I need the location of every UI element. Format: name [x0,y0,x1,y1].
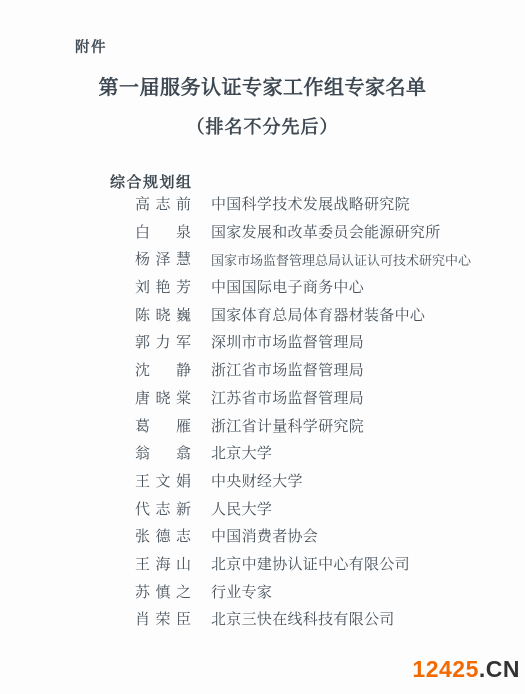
expert-affiliation: 国家发展和改革委员会能源研究所 [211,220,441,248]
list-item: 唐晓棠江苏省市场监督管理局 [135,386,520,414]
expert-affiliation: 北京三快在线科技有限公司 [211,607,395,635]
expert-name: 代志新 [135,497,211,525]
list-item: 翁 翕北京大学 [135,441,520,469]
expert-list: 高志前中国科学技术发展战略研究院 白 泉国家发展和改革委员会能源研究所 杨泽慧国… [135,192,520,635]
list-item: 陈晓巍国家体育总局体育器材装备中心 [135,303,520,331]
watermark-suffix: .CN [479,656,520,682]
list-item: 张德志中国消费者协会 [135,524,520,552]
expert-affiliation: 深圳市市场监督管理局 [211,330,364,358]
attachment-label: 附件 [75,36,107,57]
expert-name: 唐晓棠 [135,386,211,414]
list-item: 高志前中国科学技术发展战略研究院 [135,192,520,220]
expert-affiliation: 中国国际电子商务中心 [211,275,364,303]
list-item: 杨泽慧国家市场监督管理总局认证认可技术研究中心 [135,247,520,275]
expert-name: 郭力军 [135,330,211,358]
list-item: 苏慎之行业专家 [135,580,520,608]
list-item: 王文娟中央财经大学 [135,469,520,497]
page-title: 第一届服务认证专家工作组专家名单 [0,71,525,100]
list-item: 郭力军深圳市市场监督管理局 [135,330,520,358]
expert-name: 杨泽慧 [135,247,211,275]
expert-name: 张德志 [135,524,211,552]
expert-affiliation: 行业专家 [211,580,272,608]
watermark: 12425.CN [412,656,520,683]
list-item: 沈 静浙江省市场监督管理局 [135,358,520,386]
expert-name: 王文娟 [135,469,211,497]
expert-name: 王海山 [135,552,211,580]
list-item: 肖荣臣北京三快在线科技有限公司 [135,607,520,635]
expert-affiliation: 中国消费者协会 [211,524,318,552]
expert-name: 白 泉 [135,220,211,248]
expert-name: 肖荣臣 [135,607,211,635]
list-item: 白 泉国家发展和改革委员会能源研究所 [135,220,520,248]
expert-name: 刘艳芳 [135,275,211,303]
expert-name: 葛 雁 [135,414,211,442]
expert-name: 陈晓巍 [135,303,211,331]
expert-affiliation: 浙江省计量科学研究院 [211,414,364,442]
expert-affiliation: 北京大学 [211,441,272,469]
expert-affiliation: 江苏省市场监督管理局 [211,386,364,414]
expert-affiliation: 北京中建协认证中心有限公司 [211,552,410,580]
list-item: 王海山北京中建协认证中心有限公司 [135,552,520,580]
expert-affiliation: 国家体育总局体育器材装备中心 [211,303,425,331]
list-item: 葛 雁浙江省计量科学研究院 [135,414,520,442]
expert-name: 沈 静 [135,358,211,386]
expert-affiliation: 人民大学 [211,497,272,525]
expert-affiliation: 中央财经大学 [211,469,303,497]
expert-name: 翁 翕 [135,441,211,469]
expert-affiliation: 浙江省市场监督管理局 [211,358,364,386]
expert-affiliation: 中国科学技术发展战略研究院 [211,192,410,220]
list-item: 代志新人民大学 [135,497,520,525]
watermark-number: 12425 [412,656,478,682]
expert-affiliation: 国家市场监督管理总局认证认可技术研究中心 [211,247,471,275]
page-subtitle: （排名不分先后） [0,113,525,139]
group-header: 综合规划组 [110,171,193,192]
expert-name: 高志前 [135,192,211,220]
list-item: 刘艳芳中国国际电子商务中心 [135,275,520,303]
expert-name: 苏慎之 [135,580,211,608]
document-page: 附件 第一届服务认证专家工作组专家名单 （排名不分先后） 综合规划组 高志前中国… [0,0,525,694]
